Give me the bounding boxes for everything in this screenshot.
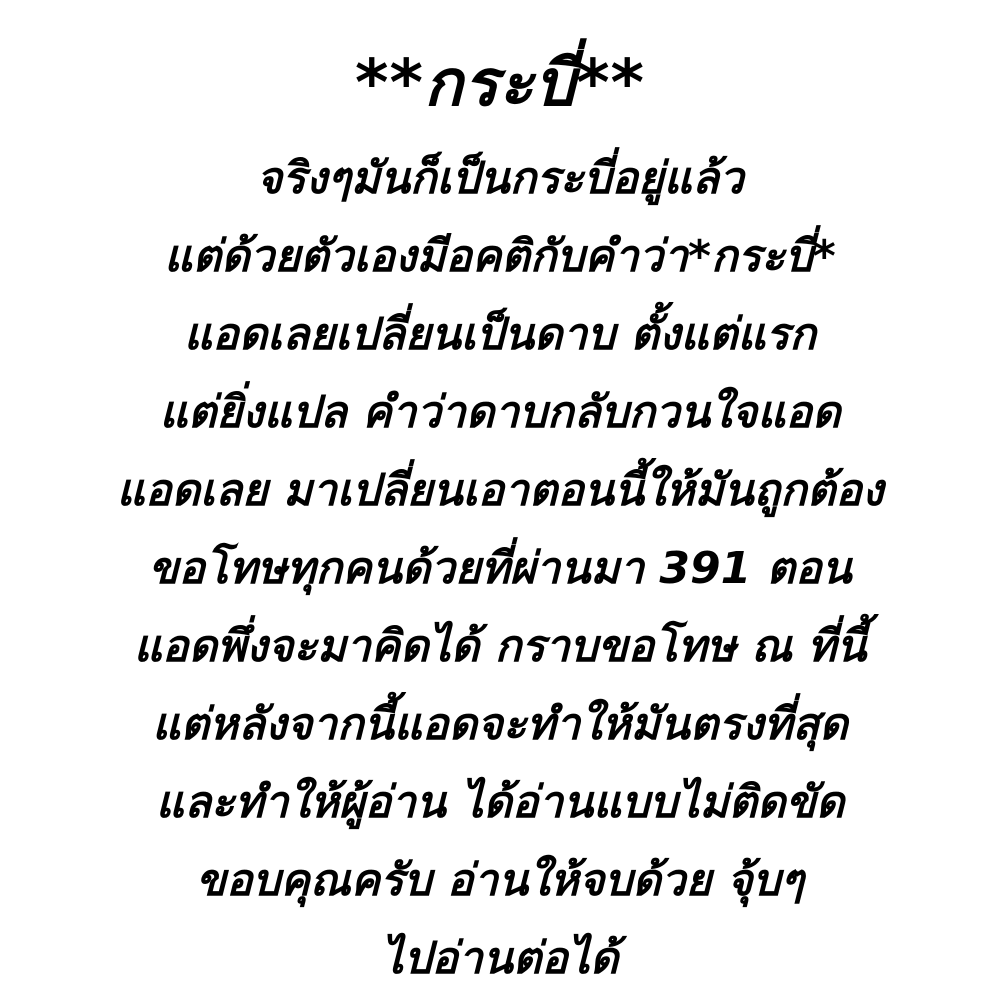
note-line: แต่ยิ่งแปล คำว่าดาบกลับกวนใจแอด [0, 374, 1000, 452]
translator-note-page: **กระบี่** จริงๆมันก็เป็นกระบี่อยู่แล้ว … [0, 0, 1000, 1000]
note-line: ขอบคุณครับ อ่านให้จบด้วย จุ้บๆ [0, 842, 1000, 920]
note-line: ขอโทษทุกคนด้วยที่ผ่านมา 391 ตอน [0, 530, 1000, 608]
note-line: แอดเลยเปลี่ยนเป็นดาบ ตั้งแต่แรก [0, 296, 1000, 374]
note-line: แอดเลย มาเปลี่ยนเอาตอนนี้ให้มันถูกต้อง [0, 452, 1000, 530]
note-line: ไปอ่านต่อได้ [0, 920, 1000, 998]
note-line: แต่หลังจากนี้แอดจะทำให้มันตรงที่สุด [0, 686, 1000, 764]
note-title: **กระบี่** [355, 0, 645, 140]
note-line: และทำให้ผู้อ่าน ได้อ่านแบบไม่ติดขัด [0, 764, 1000, 842]
note-line: จริงๆมันก็เป็นกระบี่อยู่แล้ว [0, 140, 1000, 218]
note-body: จริงๆมันก็เป็นกระบี่อยู่แล้ว แต่ด้วยตัวเ… [0, 140, 1000, 998]
note-line: แต่ด้วยตัวเองมีอคติกับคำว่า*กระบี่* [0, 218, 1000, 296]
note-line: แอดพึ่งจะมาคิดได้ กราบขอโทษ ณ ที่นี้ [0, 608, 1000, 686]
